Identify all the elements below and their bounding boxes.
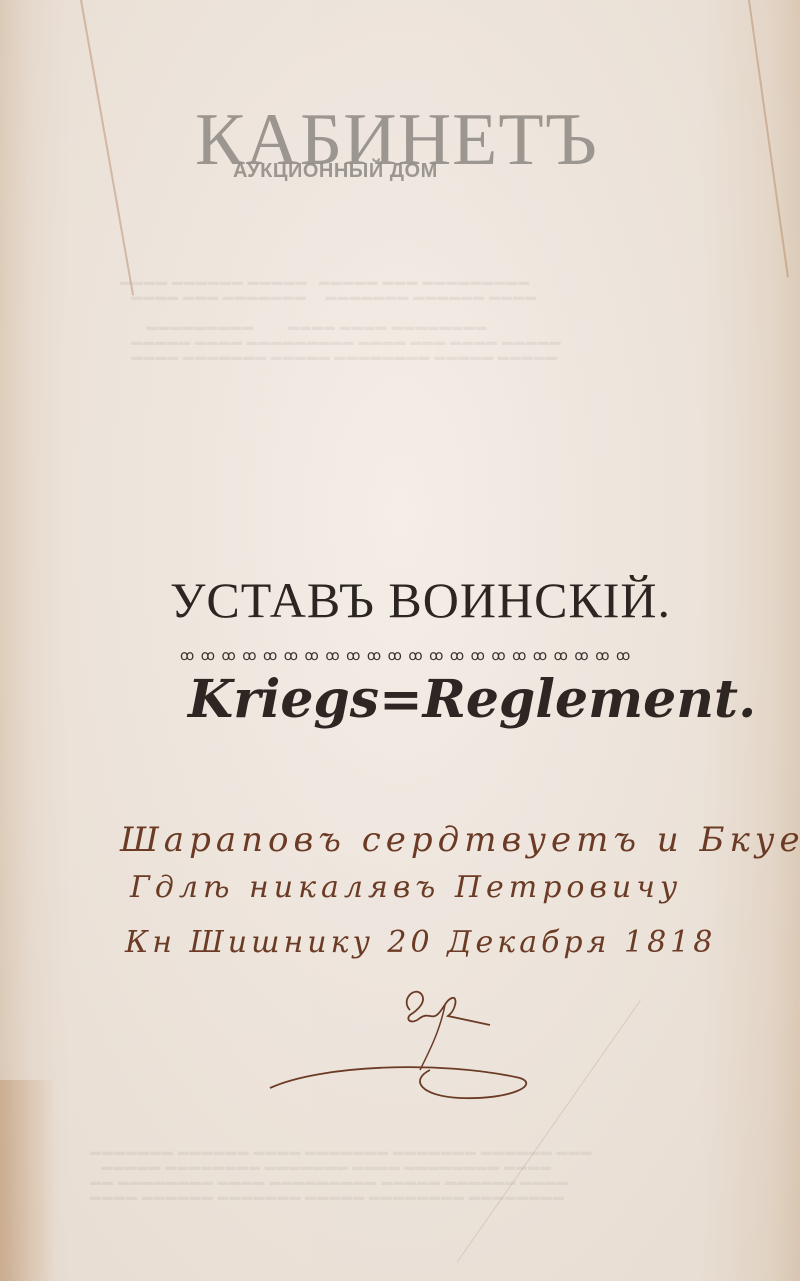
title-russian: УСТАВЪ ВОИНСКІЙ. [170, 572, 640, 628]
bleed-through-text: ▬▬▬▬ ▬▬▬▬▬▬ ▬▬▬▬▬ ▬▬▬▬▬ ▬▬▬ ▬▬▬▬▬▬▬▬▬ ▬▬… [120, 260, 680, 540]
auction-house-watermark: КАБИНЕТЪ АУКЦИОННЫЙ ДОМ [195, 100, 605, 200]
signature-icon [260, 970, 560, 1100]
title-german: Kriegs=Reglement. [188, 668, 648, 732]
handwritten-inscription-line-2: Гдлѣ никалявъ Петровичу [130, 870, 682, 905]
bleed-through-text: ▬▬▬▬▬▬▬ ▬▬▬▬▬▬ ▬▬▬▬ ▬▬▬▬▬▬▬ ▬▬▬▬▬▬▬ ▬▬▬▬… [90, 1130, 710, 1250]
handwritten-inscription-line-3: Кн Шишнику 20 Декабря 1818 [125, 925, 716, 960]
ornamental-divider: ꝏ ꝏ ꝏ ꝏ ꝏ ꝏ ꝏ ꝏ ꝏ ꝏ ꝏ ꝏ ꝏ ꝏ ꝏ ꝏ ꝏ ꝏ ꝏ ꝏ … [180, 648, 640, 665]
handwritten-inscription-line-1: Шараповъ сердтвуетъ и Бкуе [120, 820, 800, 860]
water-stain [0, 1080, 55, 1281]
watermark-subtitle: АУКЦИОННЫЙ ДОМ [233, 160, 438, 183]
